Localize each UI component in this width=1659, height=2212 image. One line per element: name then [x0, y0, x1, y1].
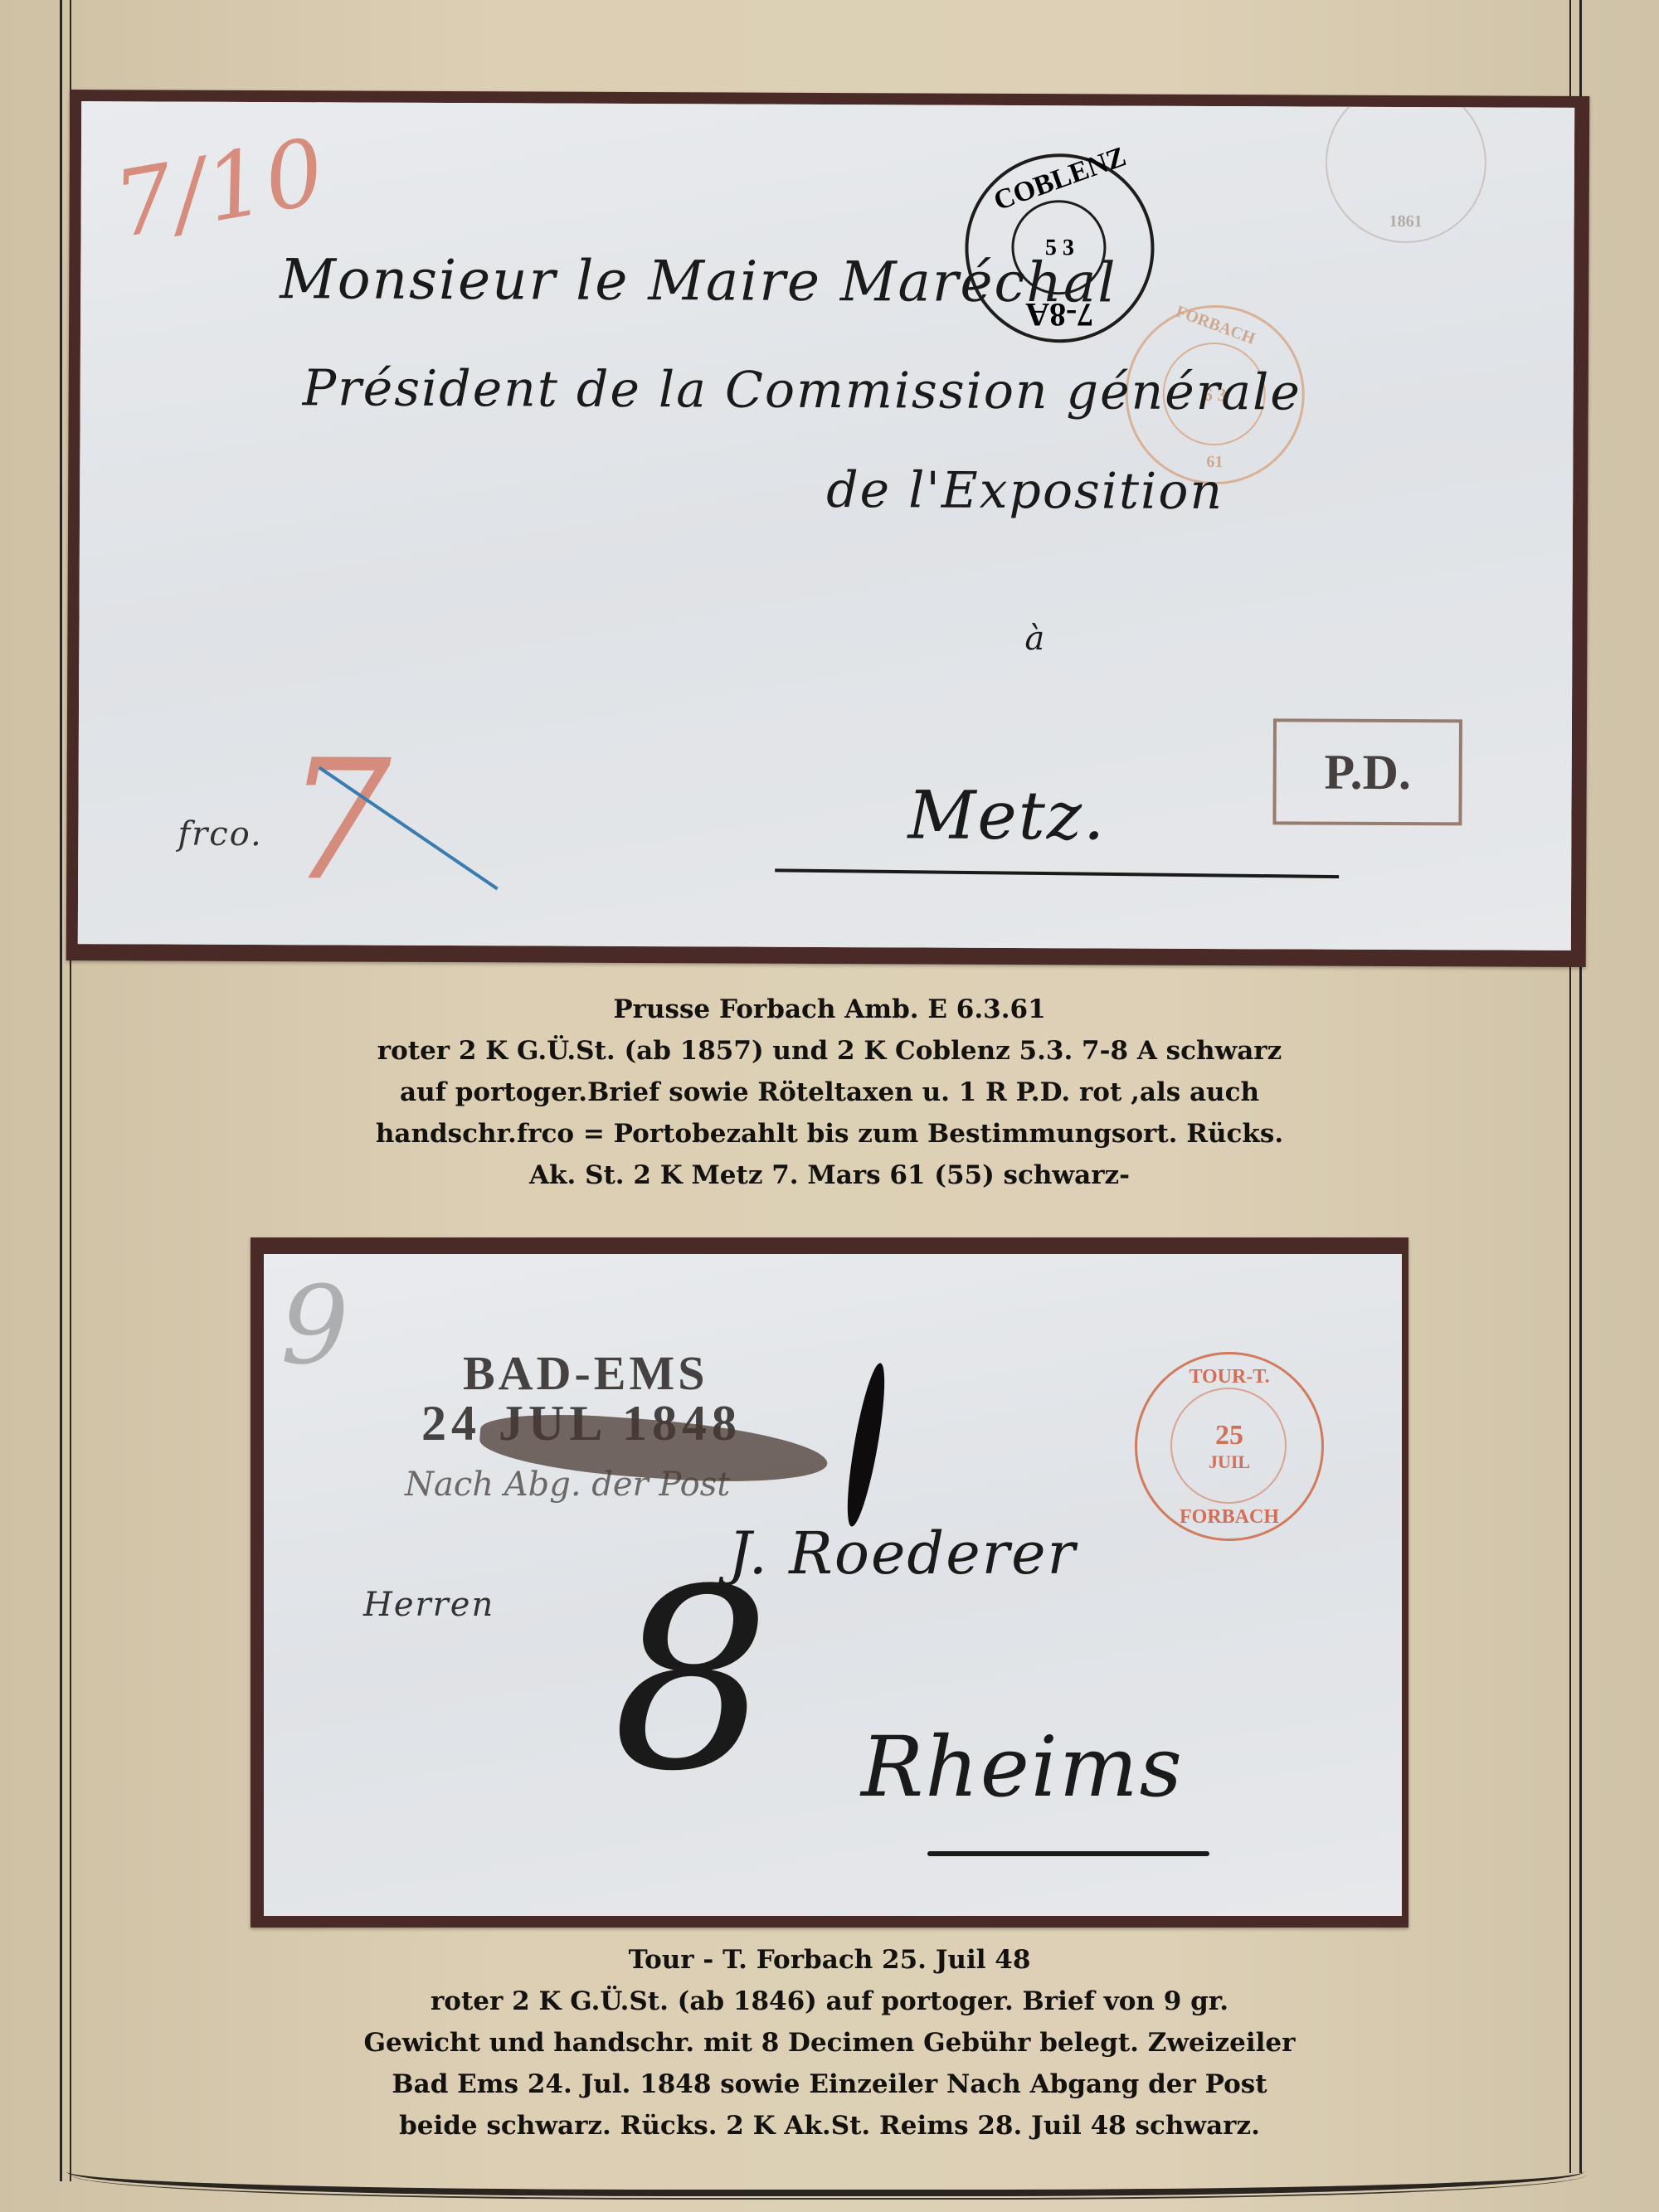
page-frame-left-outer	[60, 0, 62, 2181]
page-frame-bottom-outer	[71, 2165, 1586, 2200]
address-line-4: à	[1024, 620, 1046, 658]
pd-box-stamp: P.D.	[1272, 718, 1462, 825]
cover2-envelope: 9 BAD-EMS 24 JUL 1848 Nach Abg. der Post…	[264, 1254, 1402, 1916]
coblenz-postmark: COBLENZ 5 3 7-8A	[965, 153, 1155, 343]
caption-cover2: Tour - T. Forbach 25. Juil 48 roter 2 K …	[249, 1939, 1410, 2146]
tour-t-forbach-postmark: TOUR-T. 25 JUIL FORBACH	[1135, 1352, 1324, 1541]
red-taxe-mark-7: 7	[285, 724, 393, 918]
caption1-line: handschr.frco = Portobezahlt bis zum Bes…	[166, 1113, 1493, 1155]
city-underline	[775, 868, 1339, 878]
red-taxe-mark-top: 7/10	[107, 118, 333, 258]
decimes-manuscript-8: 8	[612, 1536, 772, 1826]
address-line-5-city: Metz.	[907, 776, 1106, 854]
caption2-line: Tour - T. Forbach 25. Juil 48	[249, 1939, 1410, 1981]
address-name: J. Roederer	[728, 1519, 1077, 1587]
address-city: Rheims	[861, 1719, 1184, 1816]
frco-manuscript: frco.	[178, 815, 263, 853]
caption1-line: Prusse Forbach Amb. E 6.3.61	[166, 989, 1493, 1030]
caption2-line: Gewicht und handschr. mit 8 Decimen Gebü…	[249, 2022, 1410, 2064]
address-line-2: Président de la Commission générale	[303, 359, 1301, 421]
caption2-line: beide schwarz. Rücks. 2 K Ak.St. Reims 2…	[249, 2105, 1410, 2146]
caption2-line: roter 2 K G.Ü.St. (ab 1846) auf portoger…	[249, 1981, 1410, 2022]
caption1-line: Ak. St. 2 K Metz 7. Mars 61 (55) schwarz…	[166, 1155, 1493, 1196]
address-herren: Herren	[363, 1586, 494, 1624]
address-line-3: de l'Exposition	[826, 461, 1224, 521]
address-line-1: Monsieur le Maire Maréchal	[280, 247, 1117, 314]
caption1-line: auf portoger.Brief sowie Röteltaxen u. 1…	[166, 1072, 1493, 1113]
ink-blot-tall	[840, 1361, 892, 1529]
caption1-line: roter 2 K G.Ü.St. (ab 1857) und 2 K Cobl…	[166, 1030, 1493, 1072]
caption2-line: Bad Ems 24. Jul. 1848 sowie Einzeiler Na…	[249, 2064, 1410, 2105]
city-underline	[927, 1851, 1209, 1856]
cover1-envelope: 7/10 COBLENZ 5 3 7-8A FORBACH 6 3 61 186…	[78, 101, 1574, 950]
metz-backstamp-showthrough: 1861	[1325, 101, 1486, 243]
caption-cover1: Prusse Forbach Amb. E 6.3.61 roter 2 K G…	[166, 989, 1493, 1196]
pencil-weight-mark: 9	[280, 1262, 351, 1388]
bad-ems-postmark-line1: BAD-EMS	[463, 1345, 708, 1401]
